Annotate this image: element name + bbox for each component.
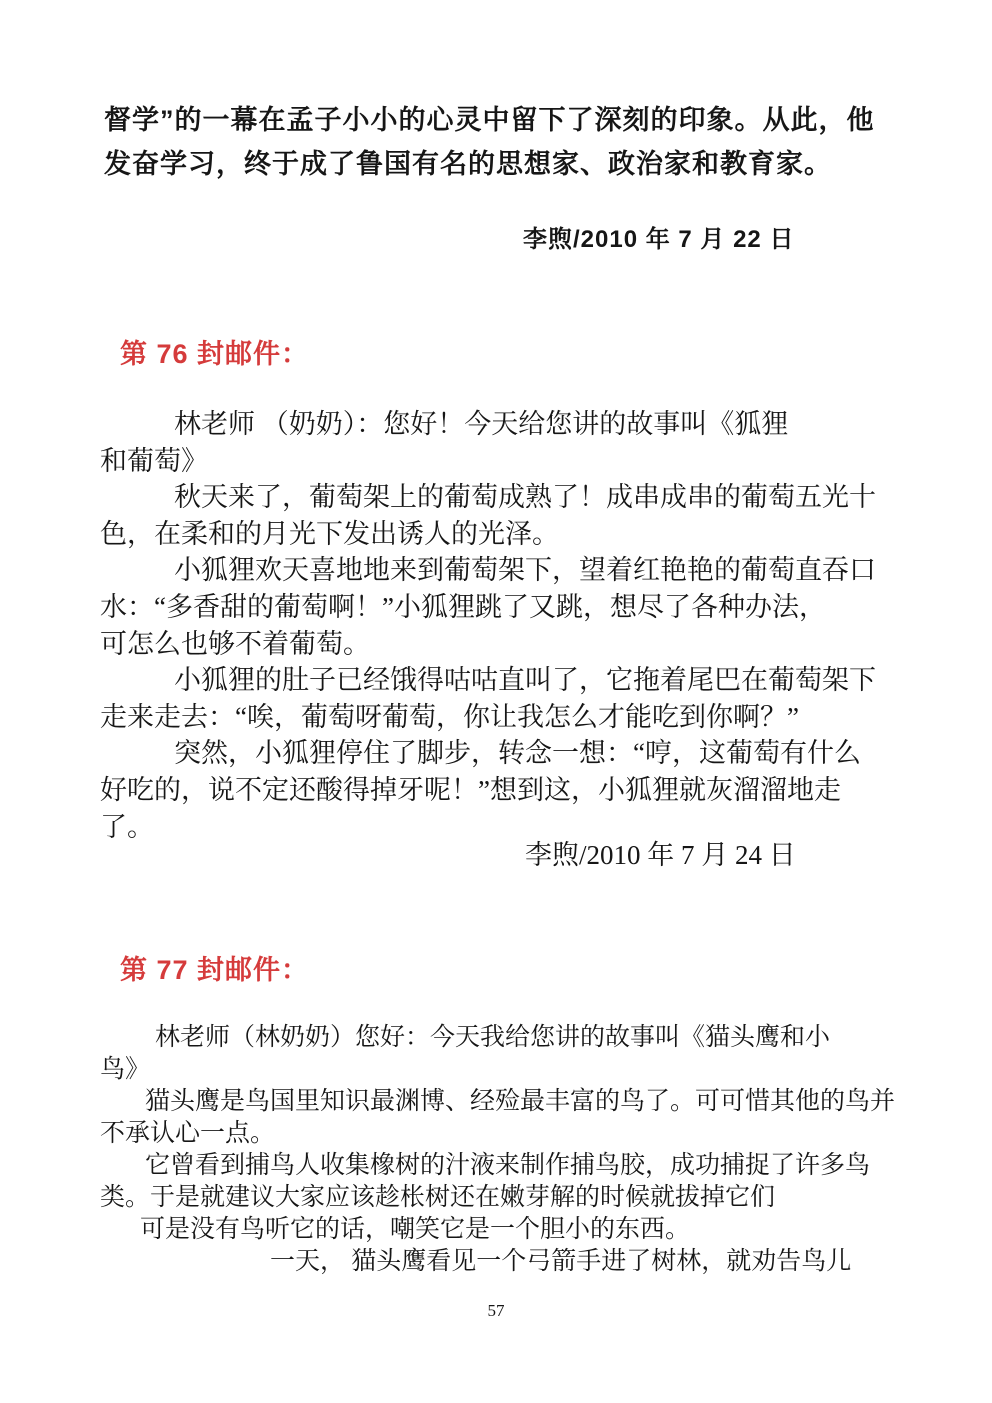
email-77-line: 可是没有鸟听它的话，嘲笑它是一个胆小的东西。 [100,1214,895,1246]
email-76-line: 水：“多香甜的葡萄啊！”小狐狸跳了又跳，想尽了各种办法， [100,589,876,626]
intro-signature-date: 李煦/2010 年 7 月 22 日 [523,219,794,254]
intro-line: 发奋学习，终于成了鲁国有名的思想家、政治家和教育家。 [104,142,875,186]
email-77-line: 一天， 猫头鹰看见一个弓箭手进了树林，就劝告鸟儿 [100,1246,895,1278]
email-76-line: 突然，小狐狸停住了脚步，转念一想：“哼，这葡萄有什么 [100,735,876,772]
email-76-line: 好吃的，说不定还酸得掉牙呢！”想到这，小狐狸就灰溜溜地走 [100,772,876,809]
email-76-line: 走来走去：“唉，葡萄呀葡萄，你让我怎么才能吃到你啊？” [100,699,876,736]
email-76-body: 林老师 （奶奶）：您好！今天给您讲的故事叫《狐狸 和葡萄》 秋天来了，葡萄架上的… [100,406,876,845]
email-76-heading: 第 76 封邮件： [120,332,309,371]
email-76-line: 林老师 （奶奶）：您好！今天给您讲的故事叫《狐狸 [100,406,876,443]
page-number: 57 [0,1301,992,1321]
email-77-line: 林老师（林奶奶）您好：今天我给您讲的故事叫《猫头鹰和小 [100,1022,895,1054]
email-76-signature-date: 李煦/2010 年 7 月 24 日 [525,833,796,872]
document-page: 督学”的一幕在孟子小小的心灵中留下了深刻的印象。从此，他 发奋学习，终于成了鲁国… [0,0,992,1403]
email-77-heading: 第 77 封邮件： [120,948,309,987]
intro-line: 督学”的一幕在孟子小小的心灵中留下了深刻的印象。从此，他 [104,98,875,142]
email-76-line: 可怎么也够不着葡萄。 [100,626,876,663]
email-76-line: 小狐狸欢天喜地地来到葡萄架下，望着红艳艳的葡萄直吞口 [100,552,876,589]
email-76-line: 秋天来了，葡萄架上的葡萄成熟了！成串成串的葡萄五光十 [100,479,876,516]
email-76-line: 色，在柔和的月光下发出诱人的光泽。 [100,516,876,553]
email-77-line: 猫头鹰是鸟国里知识最渊博、经殓最丰富的鸟了。可可惜其他的鸟并 [100,1086,895,1118]
intro-paragraph: 督学”的一幕在孟子小小的心灵中留下了深刻的印象。从此，他 发奋学习，终于成了鲁国… [104,98,875,186]
email-77-line: 它曾看到捕鸟人收集橡树的汁液来制作捕鸟胶，成功捕捉了许多鸟 [100,1150,895,1182]
email-77-body: 林老师（林奶奶）您好：今天我给您讲的故事叫《猫头鹰和小 鸟》 猫头鹰是鸟国里知识… [100,1022,895,1278]
email-76-line: 和葡萄》 [100,443,876,480]
email-77-line: 不承认心一点。 [100,1118,895,1150]
email-76-line: 小狐狸的肚子已经饿得咕咕直叫了，它拖着尾巴在葡萄架下 [100,662,876,699]
email-77-line: 类。于是就建议大家应该趁枨树还在嫩芽解的时候就拔掉它们 [100,1182,895,1214]
email-77-line: 鸟》 [100,1054,895,1086]
